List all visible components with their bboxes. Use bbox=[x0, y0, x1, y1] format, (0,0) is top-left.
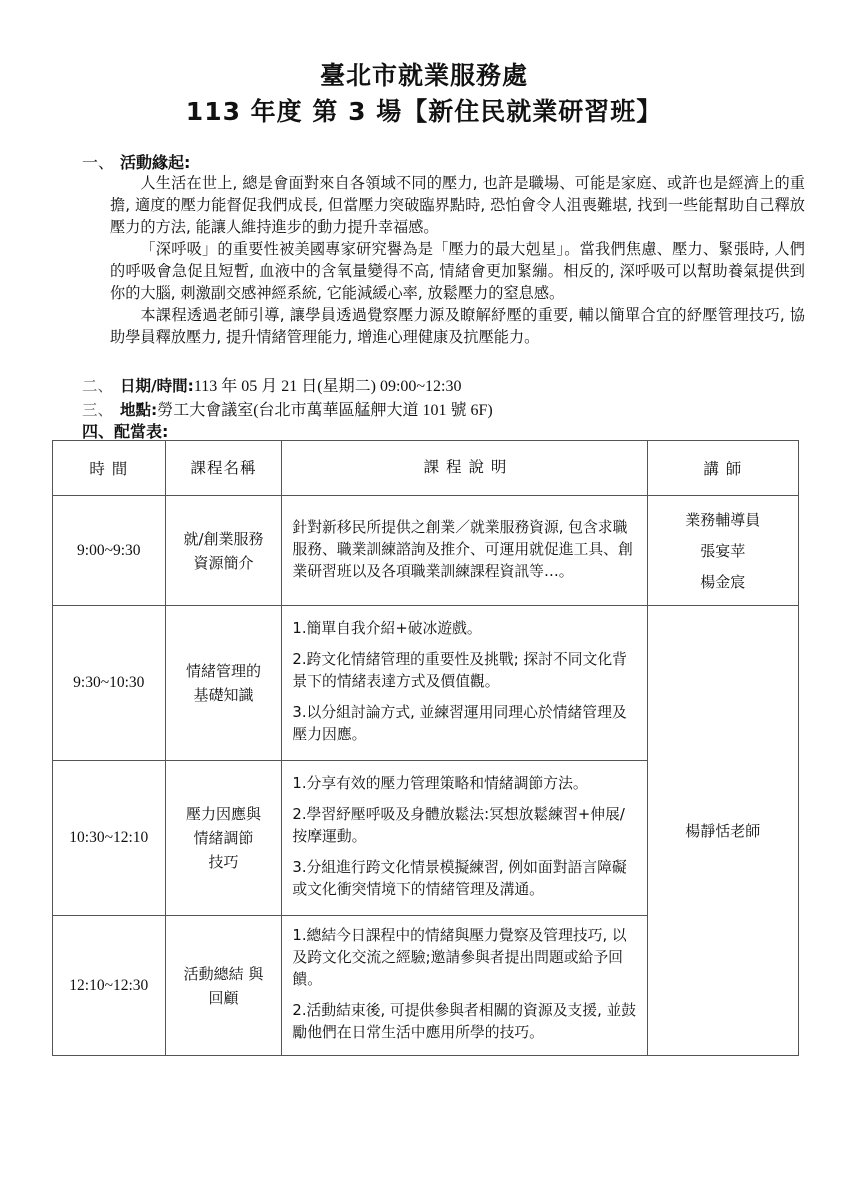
header-instructor: 講 師 bbox=[647, 441, 798, 496]
description-item: 2.學習紓壓呼吸及身體放鬆法:冥想放鬆練習+伸展/按摩運動。 bbox=[292, 804, 638, 848]
instructor-name: 張宴苹 bbox=[649, 540, 797, 561]
section-number: 一、 bbox=[82, 150, 120, 173]
row-instructors: 業務輔導員 張宴苹 楊金宸 bbox=[647, 496, 798, 606]
section-datetime: 二、日期/時間:113 年 05 月 21 日(星期二) 09:00~12:30 bbox=[82, 373, 462, 396]
row-time: 9:00~9:30 bbox=[53, 496, 166, 606]
course-name-line: 活動總結 與 bbox=[167, 962, 281, 986]
header-course-description: 課 程 說 明 bbox=[282, 441, 647, 496]
description-item: 1.總結今日課程中的情緒與壓力覺察及管理技巧, 以及跨文化交流之經驗;邀請參與者… bbox=[292, 925, 638, 991]
section-label: 配當表: bbox=[114, 422, 168, 441]
table-row: 9:00~9:30 就/創業服務 資源簡介 針對新移民所提供之創業／就業服務資源… bbox=[53, 496, 799, 606]
row-description: 針對新移民所提供之創業／就業服務資源, 包含求職服務、職業訓練諮詢及推介、可運用… bbox=[282, 496, 647, 606]
description-item: 3.分組進行跨文化情景模擬練習, 例如面對語言障礙或文化衝突情境下的情緒管理及溝… bbox=[292, 857, 638, 901]
section-background-heading: 一、活動緣起: bbox=[82, 150, 190, 173]
row-course-name: 就/創業服務 資源簡介 bbox=[165, 496, 282, 606]
row-time: 12:10~12:30 bbox=[53, 916, 166, 1056]
background-paragraph: 本課程透過老師引導, 讓學員透過覺察壓力源及瞭解紓壓的重要, 輔以簡單合宜的紓壓… bbox=[110, 304, 805, 348]
table-header-row: 時 間 課程名稱 課 程 說 明 講 師 bbox=[53, 441, 799, 496]
section-number: 三、 bbox=[82, 398, 120, 420]
course-name-line: 就/創業服務 bbox=[167, 527, 281, 551]
course-name-line: 情緒調節 bbox=[167, 826, 281, 850]
row-description: 1.簡單自我介紹+破冰遊戲。 2.跨文化情緒管理的重要性及挑戰; 探討不同文化背… bbox=[282, 606, 647, 761]
row-time: 9:30~10:30 bbox=[53, 606, 166, 761]
table-row: 9:30~10:30 情緒管理的 基礎知識 1.簡單自我介紹+破冰遊戲。 2.跨… bbox=[53, 606, 799, 761]
location-value: 勞工大會議室(台北市萬華區艋舺大道 101 號 6F) bbox=[157, 402, 493, 419]
description-item: 1.分享有效的壓力管理策略和情緒調節方法。 bbox=[292, 773, 638, 795]
background-paragraph: 人生活在世上, 總是會面對來自各領域不同的壓力, 也許是職場、可能是家庭、或許也… bbox=[110, 172, 805, 238]
course-name-line: 回顧 bbox=[167, 986, 281, 1010]
background-paragraphs: 人生活在世上, 總是會面對來自各領域不同的壓力, 也許是職場、可能是家庭、或許也… bbox=[110, 172, 805, 348]
header-time: 時 間 bbox=[53, 441, 166, 496]
course-name-line: 壓力因應與 bbox=[167, 802, 281, 826]
schedule-table: 時 間 課程名稱 課 程 說 明 講 師 9:00~9:30 就/創業服務 資源… bbox=[52, 440, 799, 1056]
row-course-name: 壓力因應與 情緒調節 技巧 bbox=[165, 761, 282, 916]
row-course-name: 情緒管理的 基礎知識 bbox=[165, 606, 282, 761]
row-course-name: 活動總結 與 回顧 bbox=[165, 916, 282, 1056]
section-label: 活動緣起: bbox=[120, 153, 190, 172]
row-shared-instructor: 楊靜恬老師 bbox=[647, 606, 798, 1056]
course-name-line: 技巧 bbox=[167, 850, 281, 874]
section-number: 四、 bbox=[82, 419, 114, 442]
section-location: 三、地點:勞工大會議室(台北市萬華區艋舺大道 101 號 6F) bbox=[82, 397, 493, 420]
description-item: 1.簡單自我介紹+破冰遊戲。 bbox=[292, 618, 638, 640]
description-item: 針對新移民所提供之創業／就業服務資源, 包含求職服務、職業訓練諮詢及推介、可運用… bbox=[292, 517, 638, 583]
course-name-line: 情緒管理的 bbox=[167, 659, 281, 683]
datetime-value: 113 年 05 月 21 日(星期二) 09:00~12:30 bbox=[194, 378, 462, 395]
section-label: 地點: bbox=[120, 401, 157, 419]
description-item: 3.以分組討論方式, 並練習運用同理心於情緒管理及壓力因應。 bbox=[292, 702, 638, 746]
description-item: 2.跨文化情緒管理的重要性及挑戰; 探討不同文化背景下的情緒表達方式及價值觀。 bbox=[292, 649, 638, 693]
description-item: 2.活動結束後, 可提供參與者相關的資源及支援, 並鼓勵他們在日常生活中應用所學… bbox=[292, 1000, 638, 1044]
course-name-line: 資源簡介 bbox=[167, 551, 281, 575]
section-label: 日期/時間: bbox=[120, 377, 194, 395]
organization-title: 臺北市就業服務處 bbox=[0, 56, 848, 92]
section-schedule-heading: 四、配當表: bbox=[82, 419, 168, 442]
row-description: 1.總結今日課程中的情緒與壓力覺察及管理技巧, 以及跨文化交流之經驗;邀請參與者… bbox=[282, 916, 647, 1056]
row-description: 1.分享有效的壓力管理策略和情緒調節方法。 2.學習紓壓呼吸及身體放鬆法:冥想放… bbox=[282, 761, 647, 916]
event-title: 113 年度 第 3 場【新住民就業研習班】 bbox=[0, 92, 848, 128]
instructor-name: 業務輔導員 bbox=[649, 509, 797, 530]
course-name-line: 基礎知識 bbox=[167, 683, 281, 707]
header-course-name: 課程名稱 bbox=[165, 441, 282, 496]
section-number: 二、 bbox=[82, 374, 120, 396]
instructor-name: 楊金宸 bbox=[649, 571, 797, 592]
row-time: 10:30~12:10 bbox=[53, 761, 166, 916]
background-paragraph: 「深呼吸」的重要性被美國專家研究譽為是「壓力的最大剋星」。當我們焦慮、壓力、緊張… bbox=[110, 238, 805, 304]
